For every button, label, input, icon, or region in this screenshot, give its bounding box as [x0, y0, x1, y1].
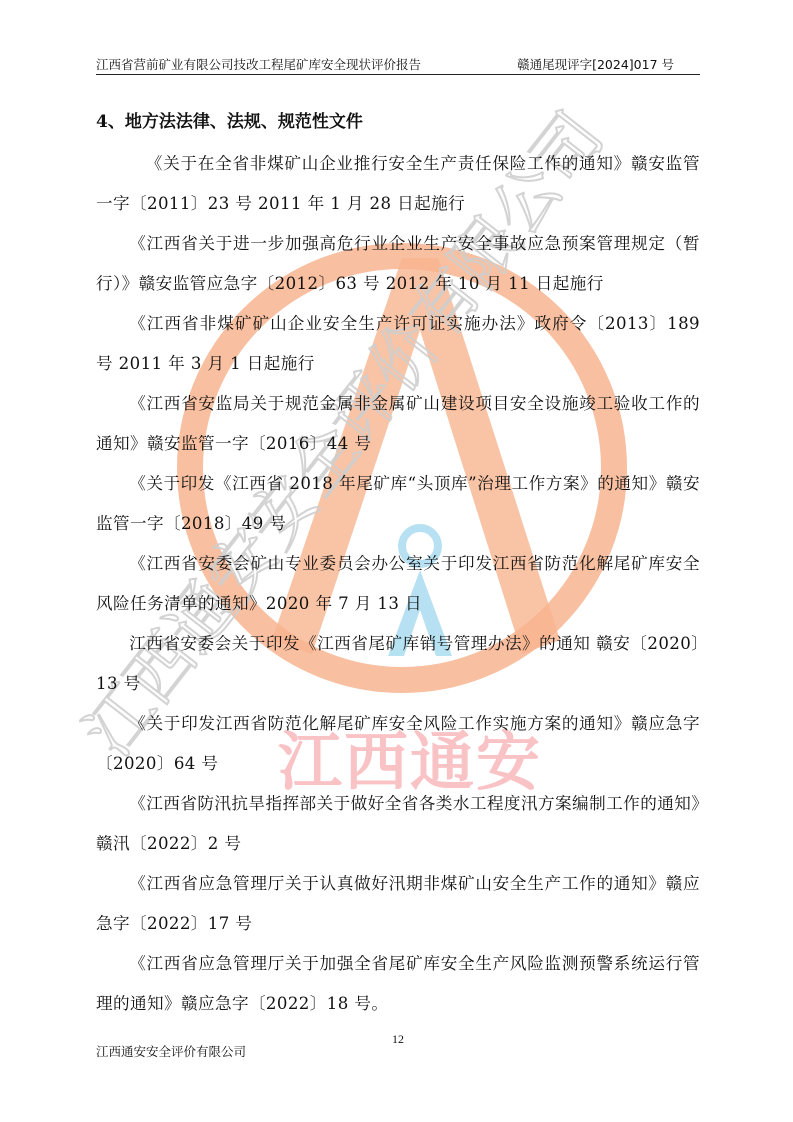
header-divider	[96, 74, 700, 75]
section-heading: 4、地方法法律、法规、规范性文件	[96, 108, 700, 136]
regulation-item: 《江西省安监局关于规范金属非金属矿山建设项目安全设施竣工验收工作的通知》赣安监管…	[96, 384, 700, 464]
footer-company-name: 江西通安安全评价有限公司	[96, 1042, 246, 1060]
main-content: 4、地方法法律、法规、规范性文件 《关于在全省非煤矿山企业推行安全生产责任保险工…	[96, 108, 700, 1024]
regulation-item: 《江西省应急管理厅关于认真做好汛期非煤矿山安全生产工作的通知》赣应急字〔2022…	[96, 864, 700, 944]
regulation-item: 《江西省非煤矿矿山企业安全生产许可证实施办法》政府令〔2013〕189 号 20…	[96, 304, 700, 384]
document-page: 江西通安安全评价有限公司 江西通安 江西省营前矿业有限公司技改工程尾矿库安全现状…	[0, 0, 793, 1122]
regulation-item: 《江西省安委会矿山专业委员会办公室关于印发江西省防范化解尾矿库安全风险任务清单的…	[96, 544, 700, 624]
regulation-item: 《江西省防汛抗旱指挥部关于做好全省各类水工程度汛方案编制工作的通知》赣汛〔202…	[96, 784, 700, 864]
regulation-item: 《关于在全省非煤矿山企业推行安全生产责任保险工作的通知》赣安监管一字〔2011〕…	[96, 144, 700, 224]
report-number: 赣通尾现评字[2024]017 号	[517, 55, 674, 73]
regulation-item: 《关于印发江西省防范化解尾矿库安全风险工作实施方案的通知》赣应急字〔2020〕6…	[96, 704, 700, 784]
report-title: 江西省营前矿业有限公司技改工程尾矿库安全现状评价报告	[96, 55, 421, 73]
page-number: 12	[392, 1032, 404, 1047]
regulation-item: 江西省安委会关于印发《江西省尾矿库销号管理办法》的通知 赣安〔2020〕13 号	[96, 624, 700, 704]
running-header: 江西省营前矿业有限公司技改工程尾矿库安全现状评价报告 赣通尾现评字[2024]0…	[96, 55, 700, 73]
regulation-item: 《江西省关于进一步加强高危行业企业生产安全事故应急预案管理规定（暂行）》赣安监管…	[96, 224, 700, 304]
regulation-item: 《关于印发《江西省 2018 年尾矿库“头顶库”治理工作方案》的通知》赣安监管一…	[96, 464, 700, 544]
regulation-item: 《江西省应急管理厅关于加强全省尾矿库安全生产风险监测预警系统运行管理的通知》赣应…	[96, 944, 700, 1024]
